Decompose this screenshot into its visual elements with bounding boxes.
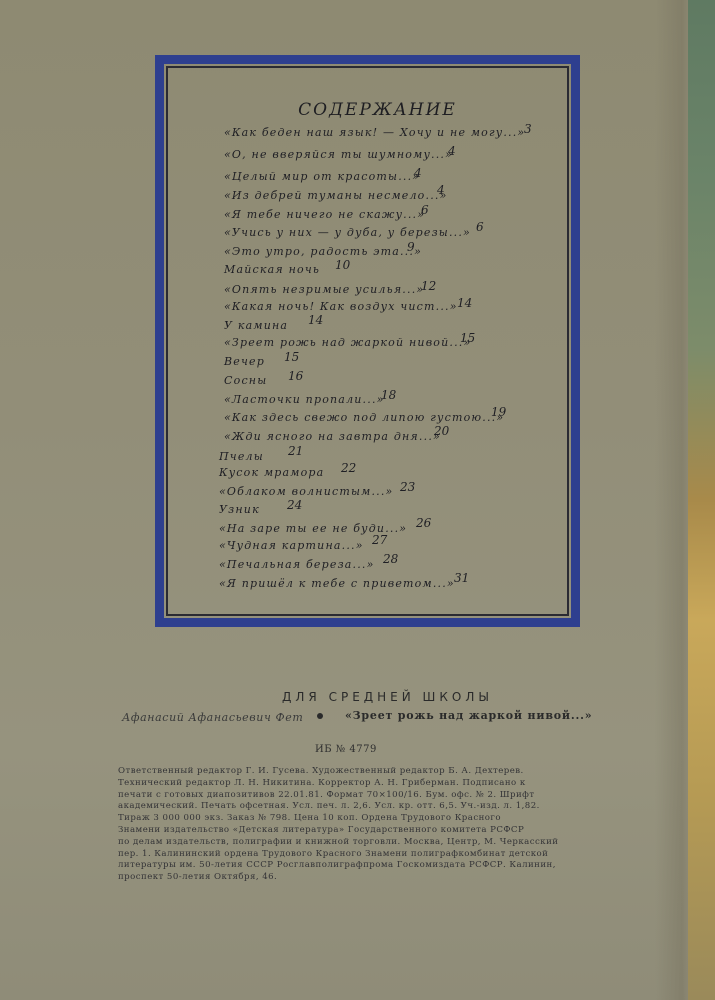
toc-page-number: 4 <box>448 144 456 158</box>
toc-page-number: 14 <box>308 313 323 327</box>
toc-page-number: 4 <box>414 166 422 180</box>
background-surface <box>688 0 715 1000</box>
toc-item: Узник <box>219 503 260 516</box>
imprint-line: пер. 1. Калининский ордена Трудового Кра… <box>118 849 598 861</box>
toc-page-number: 22 <box>341 461 356 475</box>
toc-item: «Как беден наш язык! — Хочу и не могу...… <box>224 126 525 139</box>
toc-item: «Жди ясного на завтра дня...» <box>224 430 441 443</box>
imprint-line: по делам издательств, полиграфии и книжн… <box>118 837 598 849</box>
toc-page-number: 10 <box>335 258 350 272</box>
toc-page-number: 27 <box>372 533 387 547</box>
toc-item: «Облаком волнистым...» <box>219 485 393 498</box>
toc-item: «Зреет рожь над жаркой нивой...» <box>224 336 471 349</box>
toc-page-number: 21 <box>288 444 303 458</box>
toc-item: Пчелы <box>219 450 264 463</box>
toc-page-number: 12 <box>421 279 436 293</box>
imprint-line: Знамени издательство «Детская литература… <box>118 825 598 837</box>
toc-page-number: 16 <box>288 369 303 383</box>
ib-number: ИБ № 4779 <box>315 744 377 755</box>
bullet-separator <box>317 713 323 719</box>
imprint-line: Ответственный редактор Г. И. Гусева. Худ… <box>118 766 598 778</box>
toc-page-number: 19 <box>491 405 506 419</box>
toc-title: СОДЕРЖАНИЕ <box>0 100 715 120</box>
toc-page-number: 3 <box>524 122 532 136</box>
toc-page-number: 6 <box>421 203 429 217</box>
imprint-line: академический. Печать офсетная. Усл. печ… <box>118 801 598 813</box>
toc-page-number: 14 <box>457 296 472 310</box>
toc-item: Сосны <box>224 374 267 387</box>
imprint-line: проспект 50-летия Октября, 46. <box>118 872 598 884</box>
toc-item: «Как здесь свежо под липою густою...» <box>224 411 504 424</box>
toc-page-number: 15 <box>460 331 475 345</box>
toc-page-number: 24 <box>287 498 302 512</box>
toc-page-number: 6 <box>476 220 484 234</box>
toc-item: Вечер <box>224 355 265 368</box>
toc-item: «Опять незримые усилья...» <box>224 283 424 296</box>
imprint-line: литературы им. 50-летия СССР Росглавполи… <box>118 860 598 872</box>
toc-item: «Печальная береза...» <box>219 558 375 571</box>
series-label: ДЛЯ СРЕДНЕЙ ШКОЛЫ <box>0 690 715 704</box>
toc-item: «Какая ночь! Как воздух чист...» <box>224 300 458 313</box>
toc-item: «Это утро, радость эта...» <box>224 245 422 258</box>
toc-page-number: 23 <box>400 480 415 494</box>
author-name: Афанасий Афанасьевич Фет <box>122 711 303 724</box>
toc-page-number: 9 <box>407 240 415 254</box>
toc-item: Майская ночь <box>224 263 320 276</box>
toc-page-number: 31 <box>454 571 469 585</box>
imprint-line: печати с готовых диапозитивов 22.01.81. … <box>118 790 598 802</box>
toc-item: «Ласточки пропали...» <box>224 393 385 406</box>
imprint-block: Ответственный редактор Г. И. Гусева. Худ… <box>118 766 598 884</box>
toc-item: «Чудная картина...» <box>219 539 364 552</box>
toc-item: «Я тебе ничего не скажу...» <box>224 208 425 221</box>
toc-page-number: 4 <box>437 183 445 197</box>
imprint-line: Тираж 3 000 000 экз. Заказ № 798. Цена 1… <box>118 813 598 825</box>
book-title: «Зреет рожь над жаркой нивой...» <box>345 709 592 722</box>
toc-page-number: 18 <box>381 388 396 402</box>
toc-item: У камина <box>224 319 288 332</box>
toc-page-number: 26 <box>416 516 431 530</box>
toc-page-number: 15 <box>284 350 299 364</box>
imprint-line: Технический редактор Л. Н. Никитина. Кор… <box>118 778 598 790</box>
toc-item: «Я пришёл к тебе с приветом...» <box>219 577 455 590</box>
toc-item: «Целый мир от красоты...» <box>224 170 420 183</box>
toc-item: «Учись у них — у дуба, у березы...» <box>224 226 471 239</box>
toc-item: «О, не вверяйся ты шумному...» <box>224 148 453 161</box>
toc-item: «Из дебрей туманы несмело...» <box>224 189 448 202</box>
toc-page-number: 28 <box>383 552 398 566</box>
toc-item: Кусок мрамора <box>219 466 324 479</box>
toc-page-number: 20 <box>434 424 449 438</box>
